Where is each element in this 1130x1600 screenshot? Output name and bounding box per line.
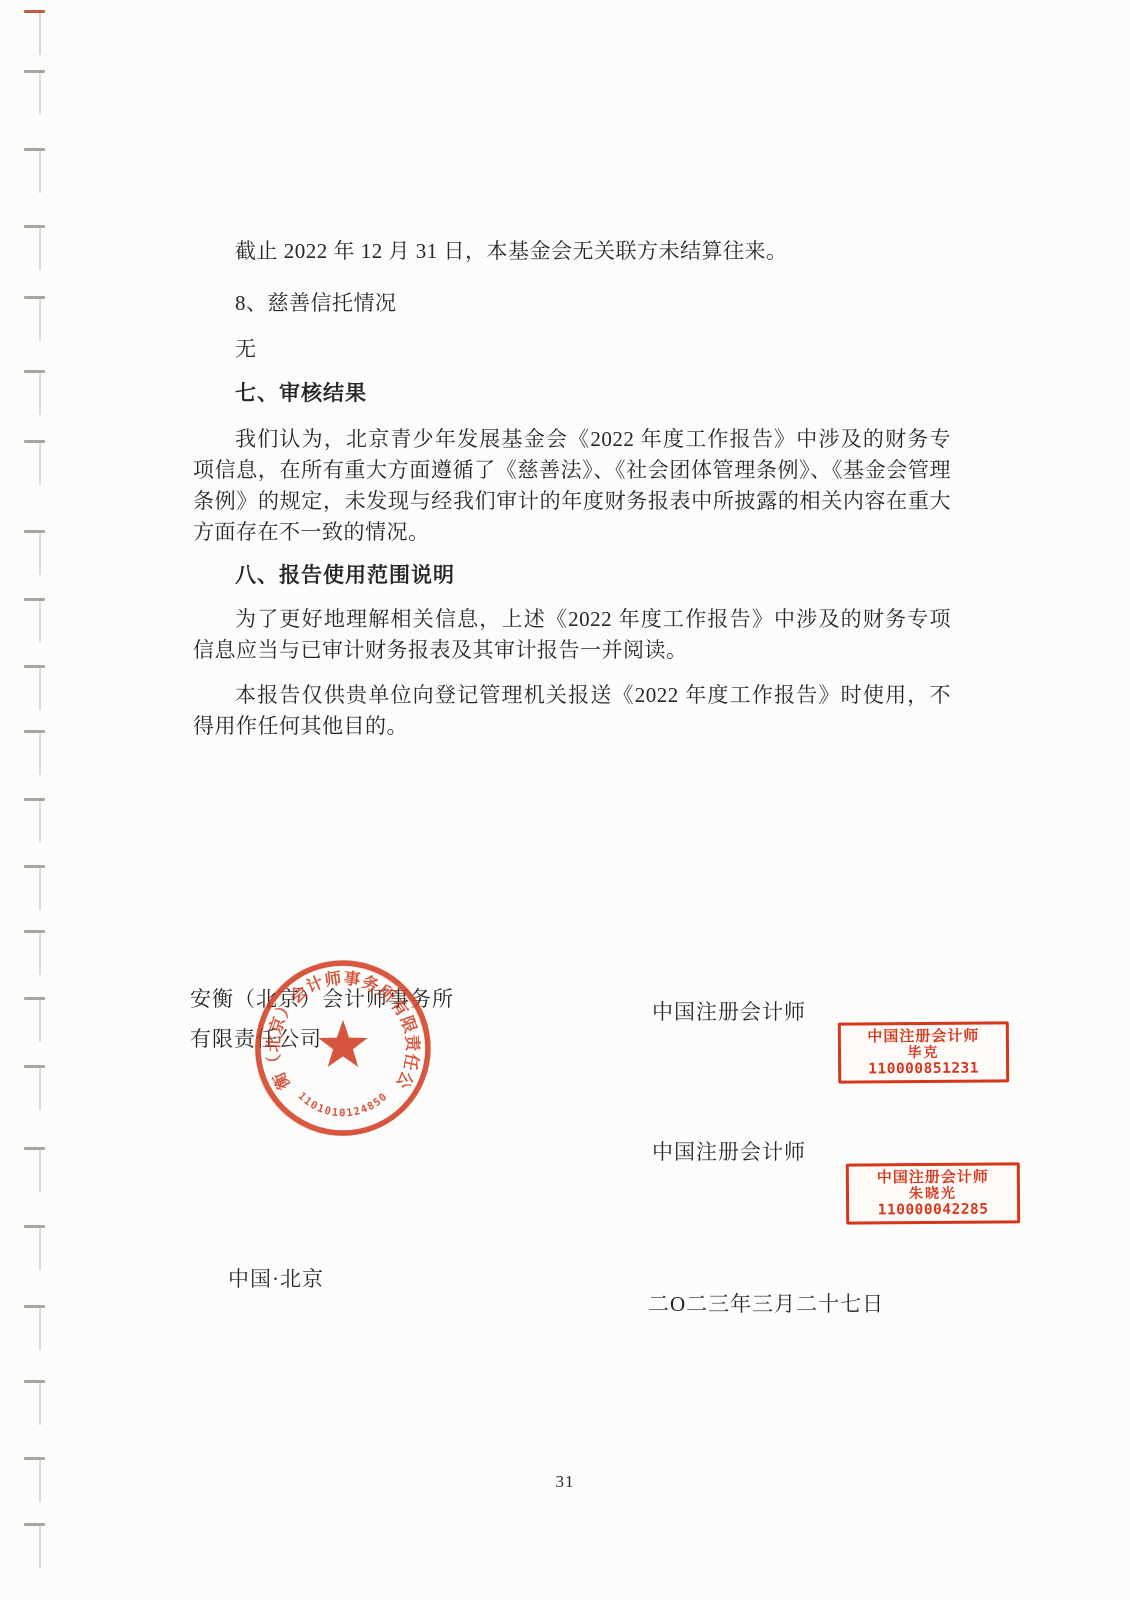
binding-mark bbox=[24, 1305, 45, 1308]
page-number: 31 bbox=[0, 1472, 1130, 1492]
cpa-stamp-1-number: 110000851231 bbox=[846, 1060, 1001, 1078]
binding-mark bbox=[24, 296, 45, 299]
cpa-stamp-2-name: 朱晓光 bbox=[854, 1185, 1012, 1202]
binding-mark bbox=[24, 10, 45, 13]
section-heading-usage-scope: 八、报告使用范围说明 bbox=[193, 560, 951, 591]
binding-mark bbox=[24, 798, 45, 801]
svg-text:1101010124850: 1101010124850 bbox=[295, 1090, 390, 1119]
seal-serial-number: 1101010124850 bbox=[295, 1090, 390, 1119]
binding-mark bbox=[24, 70, 45, 73]
signature-place: 中国·北京 bbox=[228, 1263, 324, 1293]
section-heading-audit-result: 七、审核结果 bbox=[193, 378, 951, 409]
binding-mark bbox=[24, 225, 45, 228]
binding-mark bbox=[24, 598, 45, 601]
cpa-stamp-2-title: 中国注册会计师 bbox=[854, 1168, 1012, 1186]
paragraph-audit-result: 我们认为，北京青少年发展基金会《2022 年度工作报告》中涉及的财务专项信息，在… bbox=[193, 424, 951, 548]
company-seal-stamp: 安衡（北京）会计师事务所有限责任公司 1101010124850 bbox=[247, 952, 439, 1144]
cpa-seal-stamp-1: 中国注册会计师 毕克 110000851231 bbox=[838, 1021, 1009, 1083]
binding-mark bbox=[24, 530, 45, 533]
binding-mark bbox=[24, 730, 45, 733]
binding-mark bbox=[24, 665, 45, 668]
paragraph-settlement: 截止 2022 年 12 月 31 日，本基金会无关联方未结算往来。 bbox=[193, 236, 951, 267]
binding-mark bbox=[24, 1380, 45, 1383]
cpa-seal-stamp-2: 中国注册会计师 朱晓光 110000042285 bbox=[846, 1162, 1020, 1224]
cpa-stamp-1-title: 中国注册会计师 bbox=[846, 1027, 1001, 1045]
cpa-stamp-1-name: 毕克 bbox=[846, 1044, 1001, 1061]
binding-mark bbox=[24, 148, 45, 151]
binding-mark bbox=[24, 865, 45, 868]
paragraph-usage-scope-1: 为了更好地理解相关信息，上述《2022 年度工作报告》中涉及的财务专项信息应当与… bbox=[193, 604, 951, 666]
binding-mark bbox=[24, 1225, 45, 1228]
binding-mark bbox=[24, 1523, 45, 1526]
cpa-label-1: 中国注册会计师 bbox=[652, 996, 806, 1026]
binding-mark bbox=[24, 1065, 45, 1068]
list-item-trust-value: 无 bbox=[193, 334, 951, 365]
binding-mark bbox=[24, 930, 45, 933]
binding-mark bbox=[24, 440, 45, 443]
signature-date: 二O二三年三月二十七日 bbox=[648, 1288, 884, 1318]
seal-ring-text: 安衡（北京）会计师事务所有限责任公司 bbox=[247, 952, 423, 1093]
binding-mark bbox=[24, 1147, 45, 1150]
binding-mark bbox=[24, 370, 45, 373]
paragraph-usage-scope-2: 本报告仅供贵单位向登记管理机关报送《2022 年度工作报告》时使用，不得用作任何… bbox=[193, 680, 951, 742]
svg-text:安衡（北京）会计师事务所有限责任公司: 安衡（北京）会计师事务所有限责任公司 bbox=[247, 952, 423, 1093]
binding-mark bbox=[24, 997, 45, 1000]
list-item-trust: 8、慈善信托情况 bbox=[193, 288, 951, 319]
seal-star-icon bbox=[318, 1020, 367, 1067]
cpa-label-2: 中国注册会计师 bbox=[652, 1136, 806, 1166]
binding-mark bbox=[24, 1457, 45, 1460]
cpa-stamp-2-number: 110000042285 bbox=[854, 1201, 1012, 1219]
scanned-document-page: 截止 2022 年 12 月 31 日，本基金会无关联方未结算往来。 8、慈善信… bbox=[0, 0, 1130, 1600]
